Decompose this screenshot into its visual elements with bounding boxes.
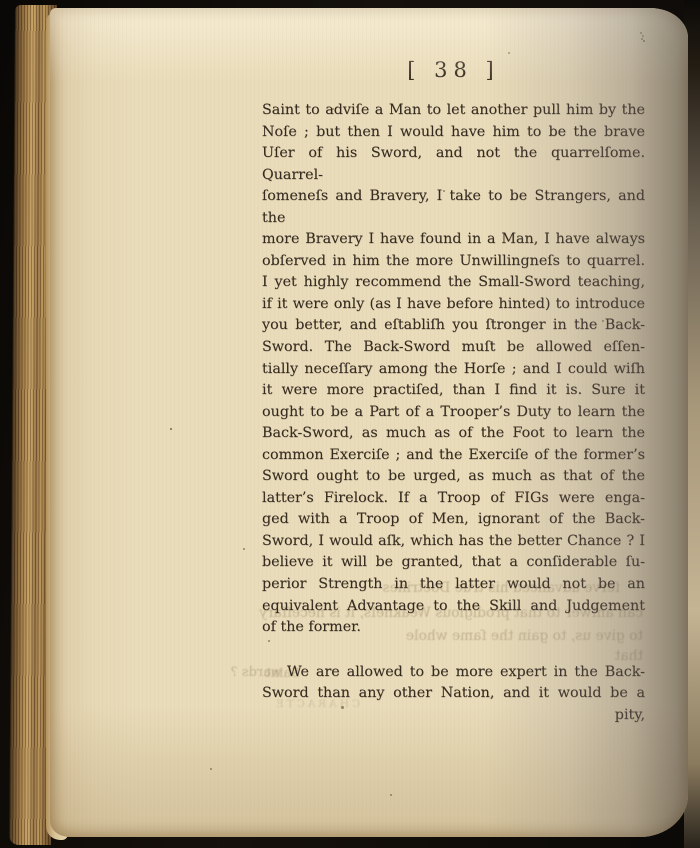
body-text: Saint to adviſe a Man to let another pul…	[262, 100, 645, 726]
text-line: believe it will be granted, that a conſi…	[262, 552, 645, 574]
text-line: it were more practiſed, than I find it i…	[262, 380, 645, 402]
book-page: ſerve advanced his true Doctrines can an…	[50, 8, 688, 837]
page-number: [ 38 ]	[262, 58, 645, 82]
text-line: Sword than any other Nation, and it woul…	[262, 683, 645, 705]
text-line: Back-Sword, as much as of the Foot to le…	[262, 423, 645, 445]
foxing-speck	[268, 640, 270, 642]
foxing-speck	[508, 52, 510, 54]
foxing-speck	[332, 108, 334, 110]
text-line: of the former.	[262, 617, 645, 639]
text-line: ged with a Troop of Men, ignorant of the…	[262, 509, 645, 531]
ink-speck-top-right	[640, 32, 642, 34]
text-line: obſerved in him the more Unwillingneſs t…	[262, 251, 645, 273]
book-scan: ſerve advanced his true Doctrines can an…	[0, 0, 700, 848]
foxing-speck	[602, 320, 604, 322]
text-line: if it were only (as I have before hinted…	[262, 294, 645, 316]
text-line: more Bravery I have found in a Man, I ha…	[262, 229, 645, 251]
text-line: Noſe ; but then I would have him to be t…	[262, 122, 645, 144]
text-line: Sword, I would aſk, which has the better…	[262, 531, 645, 553]
text-line: perior Strength in the latter would not …	[262, 574, 645, 596]
catchword: pity,	[262, 705, 645, 727]
text-line: ſomeneſs and Bravery, I take to be Stran…	[262, 186, 645, 229]
text-line: Sword. The Back-Sword muſt be allowed eſ…	[262, 337, 645, 359]
text-line: Saint to adviſe a Man to let another pul…	[262, 100, 645, 122]
text-line: Uſer of his Sword, and not the quarrelſo…	[262, 143, 645, 186]
foxing-speck	[243, 548, 245, 550]
foxing-speck	[443, 190, 445, 192]
text-line: latter’s Firelock. If a Troop of FIGs we…	[262, 488, 645, 510]
text-line: equivalent Advantage to the Skill and Ju…	[262, 596, 645, 618]
text-line: tially neceſſary among the Horſe ; and I…	[262, 359, 645, 381]
text-line: Sword ought to be urged, as much as that…	[262, 466, 645, 488]
text-line: you better, and eſtabliſh you ſtronger i…	[262, 315, 645, 337]
foxing-speck	[170, 428, 172, 430]
foxing-speck	[390, 794, 392, 796]
text-line: We are allowed to be more expert in the …	[262, 662, 645, 684]
text-line: common Exerciſe ; and the Exerciſe of th…	[262, 445, 645, 467]
foxing-speck	[210, 768, 212, 770]
text-line: I yet highly recommend the Small-Sword t…	[262, 272, 645, 294]
text-line: ought to be a Part of a Trooper’s Duty t…	[262, 402, 645, 424]
foxing-speck	[341, 706, 344, 709]
